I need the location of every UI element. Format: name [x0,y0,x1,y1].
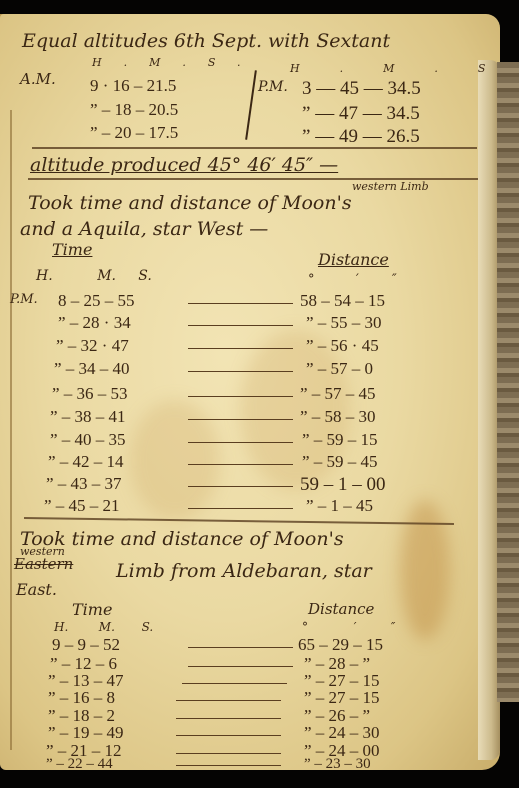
section-rule [32,147,477,149]
aldebaran-heading-cont: Limb from Aldebaran, star [116,560,372,582]
observation-row: ” – 34 – 40” – 57 – 0 [0,359,500,381]
observation-row: ” – 22 – 44” – 23 – 30 [0,756,500,778]
am-row: ” – 20 – 17.5 [90,123,178,143]
distance-headers: ° ′ ″ [302,620,395,634]
book-binding [497,62,519,702]
observation-row: ” – 32 · 47” – 56 · 45 [0,336,500,358]
paper-stain [400,500,450,640]
pm-row: 3 — 45 — 34.5 [302,78,421,100]
am-label: A.M. [20,70,56,88]
aldebaran-heading: Took time and distance of Moon's [20,528,344,550]
time-headers: H. M. S. [36,268,152,284]
am-column-headers: H.M.S. [92,56,263,69]
struck-word: Eastern [14,555,73,573]
am-row: ” – 18 – 20.5 [90,100,178,120]
observation-row: ” – 40 – 35” – 59 – 15 [0,430,500,452]
pm-label: P.M. [258,79,288,95]
time-label: Time [72,600,112,619]
observation-row: ” – 45 – 21” – 1 – 45 [0,496,500,518]
observation-row: 8 – 25 – 5558 – 54 – 15 [0,291,500,313]
observation-row: ” – 38 – 41” – 58 – 30 [0,407,500,429]
pm-row: ” — 49 — 26.5 [302,126,420,148]
observation-row: ” – 36 – 53” – 57 – 45 [0,384,500,406]
distance-label: Distance [308,600,374,618]
time-headers: H. M. S. [54,620,153,634]
pm-row: ” — 47 — 34.5 [302,103,420,125]
observation-row: ” – 42 – 14” – 59 – 45 [0,452,500,474]
pm-column-headers: H.M.S. [290,62,519,75]
moon-distance-heading: Took time and distance of Moon's [28,192,352,214]
distance-label: Distance [318,250,389,269]
equal-altitudes-heading: Equal altitudes 6th Sept. with Sextant [22,30,390,52]
aldebaran-heading-end: East. [16,580,57,599]
heading-insert: western Limb [352,180,429,193]
distance-headers: ° ′ ″ [308,272,397,287]
am-row: 9 · 16 – 21.5 [90,76,176,96]
moon-distance-heading-cont: and a Aquila, star West — [20,218,268,240]
observation-row: ” – 43 – 3759 – 1 – 00 [0,474,500,496]
altitude-produced: altitude produced 45° 46′ 45″ — [30,154,338,176]
time-label: Time [52,240,92,259]
observation-row: ” – 28 · 34” – 55 – 30 [0,313,500,335]
